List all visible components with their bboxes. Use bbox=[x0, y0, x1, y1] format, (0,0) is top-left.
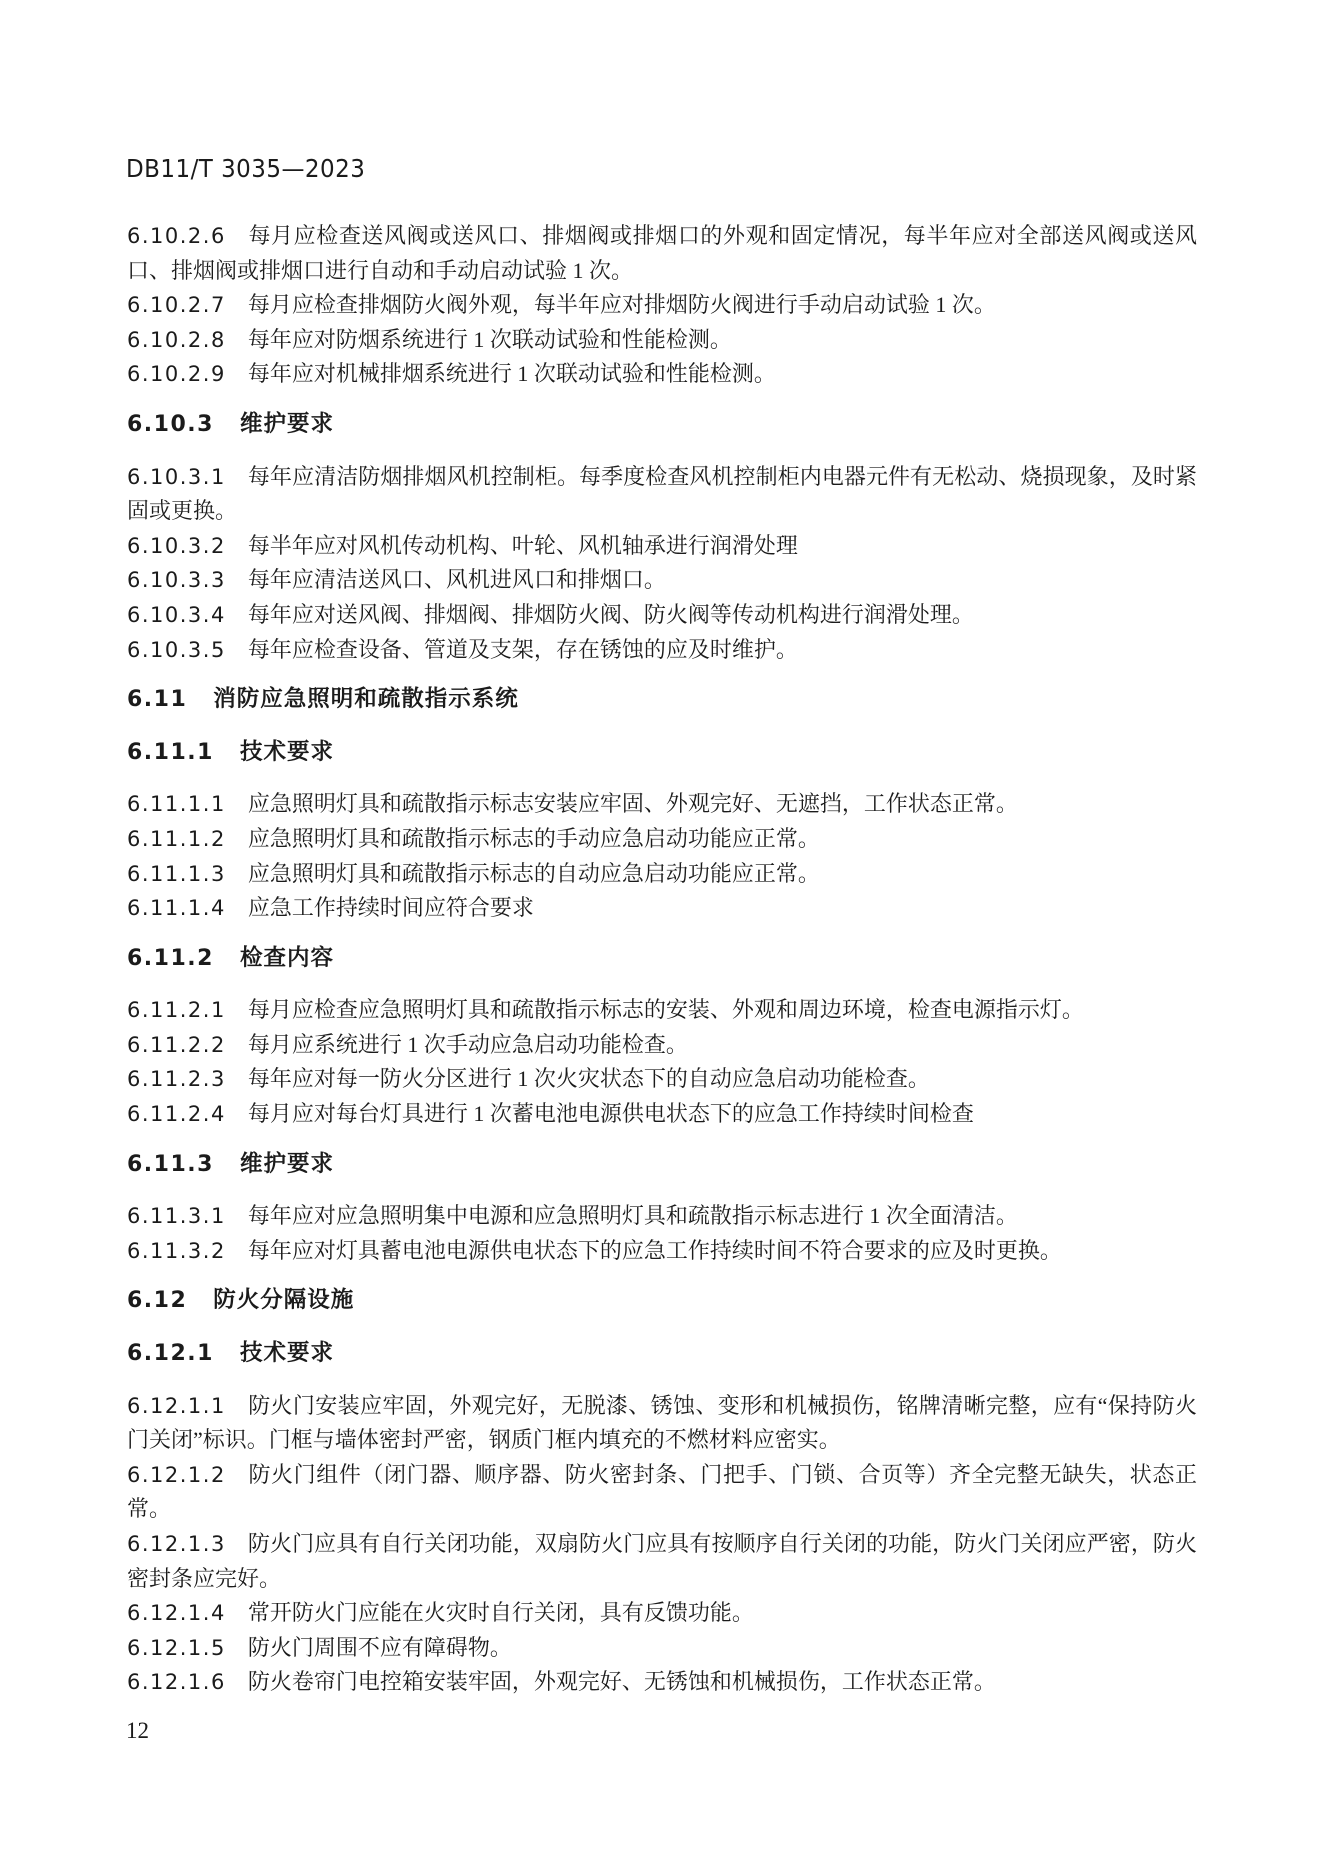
clause-number: 6.12.1.3 bbox=[127, 1532, 226, 1556]
heading-title: 技术要求 bbox=[240, 1340, 334, 1365]
clause-number: 6.10.2.8 bbox=[127, 328, 226, 352]
clause-number: 6.10.3.4 bbox=[127, 603, 226, 627]
clause-text: 防火门安装应牢固，外观完好，无脱漆、锈蚀、变形和机械损伤，铭牌清晰完整，应有“保… bbox=[127, 1393, 1197, 1453]
clause-paragraph: 6.11.1.3应急照明灯具和疏散指示标志的自动应急启动功能应正常。 bbox=[127, 857, 1197, 892]
clause-text: 每年应对每一防火分区进行 1 次火灾状态下的自动应急启动功能检查。 bbox=[248, 1066, 930, 1091]
clause-number: 6.11.2.3 bbox=[127, 1067, 226, 1091]
clause-number: 6.11.3.2 bbox=[127, 1239, 226, 1263]
clause-text: 每年应对防烟系统进行 1 次联动试验和性能检测。 bbox=[248, 327, 732, 352]
clause-number: 6.10.3.5 bbox=[127, 638, 226, 662]
clause-paragraph: 6.11.1.1应急照明灯具和疏散指示标志安装应牢固、外观完好、无遮挡，工作状态… bbox=[127, 787, 1197, 822]
clause-paragraph: 6.12.1.2防火门组件（闭门器、顺序器、防火密封条、门把手、门锁、合页等）齐… bbox=[127, 1458, 1197, 1527]
clause-number: 6.11.2.4 bbox=[127, 1102, 226, 1126]
clause-paragraph: 6.11.1.4应急工作持续时间应符合要求 bbox=[127, 891, 1197, 926]
clause-number: 6.11.1.4 bbox=[127, 896, 226, 920]
clause-text: 每年应对送风阀、排烟阀、排烟防火阀、防火阀等传动机构进行润滑处理。 bbox=[248, 602, 974, 627]
clause-paragraph: 6.11.3.1每年应对应急照明集中电源和应急照明灯具和疏散指示标志进行 1 次… bbox=[127, 1199, 1197, 1234]
clause-paragraph: 6.10.2.6每月应检查送风阀或送风口、排烟阀或排烟口的外观和固定情况，每半年… bbox=[127, 219, 1197, 288]
heading-number: 6.11.2 bbox=[127, 946, 214, 971]
clause-text: 应急工作持续时间应符合要求 bbox=[248, 895, 534, 920]
section-heading: 6.12.1技术要求 bbox=[127, 1336, 1197, 1372]
clause-number: 6.12.1.4 bbox=[127, 1601, 226, 1625]
heading-number: 6.11.1 bbox=[127, 740, 214, 765]
clause-paragraph: 6.10.2.7每月应检查排烟防火阀外观，每半年应对排烟防火阀进行手动启动试验 … bbox=[127, 288, 1197, 323]
clause-paragraph: 6.10.3.1每年应清洁防烟排烟风机控制柜。每季度检查风机控制柜内电器元件有无… bbox=[127, 460, 1197, 529]
clause-text: 每月应检查排烟防火阀外观，每半年应对排烟防火阀进行手动启动试验 1 次。 bbox=[248, 292, 996, 317]
heading-title: 技术要求 bbox=[240, 739, 334, 764]
heading-number: 6.10.3 bbox=[127, 412, 214, 437]
heading-number: 6.11.3 bbox=[127, 1152, 214, 1177]
clause-text: 防火门应具有自行关闭功能，双扇防火门应具有按顺序自行关闭的功能，防火门关闭应严密… bbox=[127, 1531, 1197, 1591]
clause-number: 6.11.2.1 bbox=[127, 998, 226, 1022]
clause-text: 每月应对每台灯具进行 1 次蓄电池电源供电状态下的应急工作持续时间检查 bbox=[248, 1101, 974, 1126]
heading-title: 维护要求 bbox=[240, 411, 334, 436]
doc-header: DB11/T 3035—2023 bbox=[126, 156, 386, 181]
clause-paragraph: 6.10.3.2每半年应对风机传动机构、叶轮、风机轴承进行润滑处理 bbox=[127, 529, 1197, 564]
section-heading: 6.10.3维护要求 bbox=[127, 407, 1197, 443]
clause-text: 应急照明灯具和疏散指示标志的自动应急启动功能应正常。 bbox=[248, 861, 820, 886]
clause-paragraph: 6.11.2.2每月应系统进行 1 次手动应急启动功能检查。 bbox=[127, 1028, 1197, 1063]
clause-text: 每年应对应急照明集中电源和应急照明灯具和疏散指示标志进行 1 次全面清洁。 bbox=[248, 1203, 1018, 1228]
heading-title: 消防应急照明和疏散指示系统 bbox=[213, 686, 519, 711]
clause-text: 防火门组件（闭门器、顺序器、防火密封条、门把手、门锁、合页等）齐全完整无缺失，状… bbox=[127, 1462, 1197, 1522]
clause-number: 6.11.3.1 bbox=[127, 1204, 226, 1228]
clause-number: 6.11.1.3 bbox=[127, 862, 226, 886]
clause-paragraph: 6.12.1.1防火门安装应牢固，外观完好，无脱漆、锈蚀、变形和机械损伤，铭牌清… bbox=[127, 1389, 1197, 1458]
clause-paragraph: 6.11.3.2每年应对灯具蓄电池电源供电状态下的应急工作持续时间不符合要求的应… bbox=[127, 1234, 1197, 1269]
section-heading: 6.11.3维护要求 bbox=[127, 1147, 1197, 1183]
clause-number: 6.10.3.1 bbox=[127, 465, 226, 489]
clause-number: 6.12.1.2 bbox=[127, 1463, 226, 1487]
page-number: 12 bbox=[126, 1719, 149, 1742]
clause-text: 每月应系统进行 1 次手动应急启动功能检查。 bbox=[248, 1032, 688, 1057]
section-heading: 6.12防火分隔设施 bbox=[127, 1283, 1197, 1319]
clause-paragraph: 6.12.1.4常开防火门应能在火灾时自行关闭，具有反馈功能。 bbox=[127, 1596, 1197, 1631]
clause-text: 每年应清洁送风口、风机进风口和排烟口。 bbox=[248, 567, 666, 592]
clause-text: 常开防火门应能在火灾时自行关闭，具有反馈功能。 bbox=[248, 1600, 754, 1625]
clause-number: 6.11.1.2 bbox=[127, 827, 226, 851]
clause-text: 应急照明灯具和疏散指示标志的手动应急启动功能应正常。 bbox=[248, 826, 820, 851]
clause-text: 每年应清洁防烟排烟风机控制柜。每季度检查风机控制柜内电器元件有无松动、烧损现象，… bbox=[127, 464, 1197, 524]
clause-paragraph: 6.10.3.4每年应对送风阀、排烟阀、排烟防火阀、防火阀等传动机构进行润滑处理… bbox=[127, 598, 1197, 633]
heading-title: 维护要求 bbox=[240, 1151, 334, 1176]
clause-number: 6.11.2.2 bbox=[127, 1033, 226, 1057]
clause-text: 防火卷帘门电控箱安装牢固，外观完好、无锈蚀和机械损伤，工作状态正常。 bbox=[248, 1669, 996, 1694]
heading-number: 6.12 bbox=[127, 1288, 187, 1313]
clause-paragraph: 6.12.1.6防火卷帘门电控箱安装牢固，外观完好、无锈蚀和机械损伤，工作状态正… bbox=[127, 1665, 1197, 1700]
clause-text: 每年应对灯具蓄电池电源供电状态下的应急工作持续时间不符合要求的应及时更换。 bbox=[248, 1238, 1062, 1263]
doc-body: 6.10.2.6每月应检查送风阀或送风口、排烟阀或排烟口的外观和固定情况，每半年… bbox=[127, 219, 1197, 1700]
clause-paragraph: 6.11.1.2应急照明灯具和疏散指示标志的手动应急启动功能应正常。 bbox=[127, 822, 1197, 857]
clause-text: 每年应对机械排烟系统进行 1 次联动试验和性能检测。 bbox=[248, 361, 776, 386]
clause-number: 6.10.2.6 bbox=[127, 224, 226, 248]
clause-number: 6.10.3.3 bbox=[127, 568, 226, 592]
clause-text: 防火门周围不应有障碍物。 bbox=[248, 1635, 512, 1660]
heading-number: 6.12.1 bbox=[127, 1341, 214, 1366]
document-page: DB11/T 3035—2023 6.10.2.6每月应检查送风阀或送风口、排烟… bbox=[0, 0, 1322, 1871]
section-heading: 6.11.2检查内容 bbox=[127, 941, 1197, 977]
clause-paragraph: 6.10.2.9每年应对机械排烟系统进行 1 次联动试验和性能检测。 bbox=[127, 357, 1197, 392]
clause-number: 6.11.1.1 bbox=[127, 792, 226, 816]
clause-text: 应急照明灯具和疏散指示标志安装应牢固、外观完好、无遮挡，工作状态正常。 bbox=[248, 791, 1018, 816]
clause-paragraph: 6.11.2.3每年应对每一防火分区进行 1 次火灾状态下的自动应急启动功能检查… bbox=[127, 1062, 1197, 1097]
clause-number: 6.12.1.5 bbox=[127, 1636, 226, 1660]
clause-number: 6.10.2.9 bbox=[127, 362, 226, 386]
clause-text: 每月应检查应急照明灯具和疏散指示标志的安装、外观和周边环境，检查电源指示灯。 bbox=[248, 997, 1084, 1022]
clause-number: 6.10.3.2 bbox=[127, 534, 226, 558]
clause-paragraph: 6.12.1.3防火门应具有自行关闭功能，双扇防火门应具有按顺序自行关闭的功能，… bbox=[127, 1527, 1197, 1596]
clause-number: 6.12.1.6 bbox=[127, 1670, 226, 1694]
clause-text: 每年应检查设备、管道及支架，存在锈蚀的应及时维护。 bbox=[248, 637, 798, 662]
clause-paragraph: 6.10.3.5每年应检查设备、管道及支架，存在锈蚀的应及时维护。 bbox=[127, 633, 1197, 668]
clause-number: 6.12.1.1 bbox=[127, 1394, 226, 1418]
clause-paragraph: 6.10.3.3每年应清洁送风口、风机进风口和排烟口。 bbox=[127, 563, 1197, 598]
heading-title: 防火分隔设施 bbox=[213, 1287, 354, 1312]
section-heading: 6.11.1技术要求 bbox=[127, 735, 1197, 771]
clause-paragraph: 6.11.2.4每月应对每台灯具进行 1 次蓄电池电源供电状态下的应急工作持续时… bbox=[127, 1097, 1197, 1132]
heading-number: 6.11 bbox=[127, 687, 187, 712]
clause-paragraph: 6.11.2.1每月应检查应急照明灯具和疏散指示标志的安装、外观和周边环境，检查… bbox=[127, 993, 1197, 1028]
heading-title: 检查内容 bbox=[240, 945, 334, 970]
clause-text: 每月应检查送风阀或送风口、排烟阀或排烟口的外观和固定情况，每半年应对全部送风阀或… bbox=[127, 223, 1197, 283]
clause-text: 每半年应对风机传动机构、叶轮、风机轴承进行润滑处理 bbox=[248, 533, 798, 558]
section-heading: 6.11消防应急照明和疏散指示系统 bbox=[127, 682, 1197, 718]
doc-number: DB11/T 3035—2023 bbox=[126, 156, 365, 181]
clause-paragraph: 6.12.1.5防火门周围不应有障碍物。 bbox=[127, 1631, 1197, 1666]
clause-paragraph: 6.10.2.8每年应对防烟系统进行 1 次联动试验和性能检测。 bbox=[127, 323, 1197, 358]
clause-number: 6.10.2.7 bbox=[127, 293, 226, 317]
